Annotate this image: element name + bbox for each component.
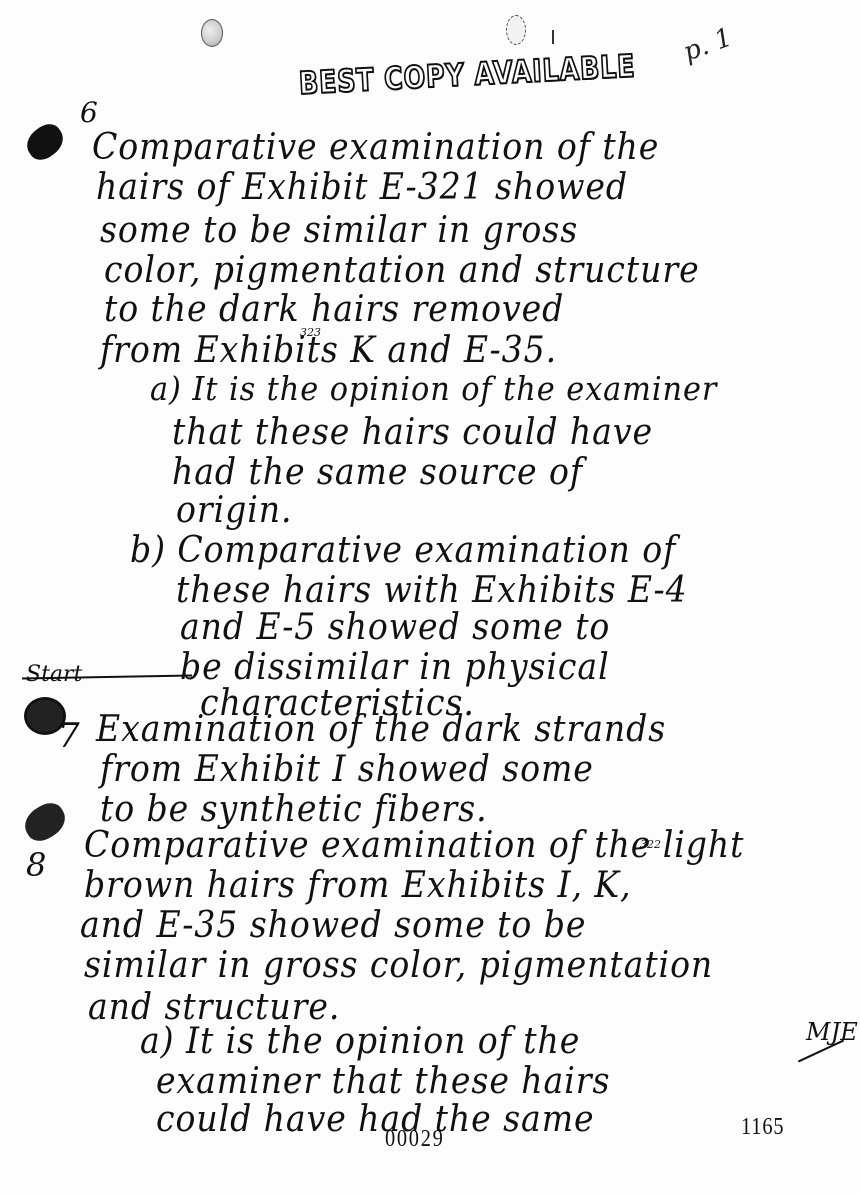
- handwritten-line: examiner that these hairs: [156, 1064, 610, 1100]
- hole-punch-left: [201, 19, 223, 47]
- item-number-7: 7: [58, 716, 80, 756]
- handwritten-line: had the same source of: [172, 455, 583, 491]
- struck-annotation: Start: [26, 662, 82, 687]
- handwritten-line: a) It is the opinion of the: [140, 1024, 580, 1060]
- handwritten-line: and E-5 showed some to: [180, 610, 610, 646]
- handwritten-line: could have had the same: [156, 1102, 595, 1138]
- handwritten-line: similar in gross color, pigmentation: [84, 948, 713, 984]
- handwritten-line: be dissimilar in physical: [180, 650, 610, 686]
- corner-annotation: p. 1: [679, 22, 736, 67]
- examiner-initials: MJE: [806, 1018, 858, 1046]
- superscript-exhibit: 322: [640, 838, 661, 851]
- stray-mark: [552, 30, 554, 44]
- handwritten-line: and E-35 showed some to be: [80, 908, 586, 944]
- hole-punch-right: [506, 15, 526, 45]
- handwritten-line: a) It is the opinion of the examiner: [150, 372, 717, 405]
- handwritten-line: to the dark hairs removed: [104, 292, 564, 328]
- handwritten-line: Examination of the dark strands: [96, 712, 666, 748]
- handwritten-line: from Exhibit I showed some: [100, 752, 594, 788]
- handwritten-line: to be synthetic fibers.: [100, 792, 488, 828]
- best-copy-stamp: BEST COPY AVAILABLE: [298, 48, 636, 102]
- handwritten-line: from Exhibits K and E-35.: [100, 333, 557, 369]
- handwritten-line: origin.: [176, 493, 292, 529]
- item-number-8: 8: [26, 846, 46, 884]
- margin-blot-icon: [21, 119, 69, 165]
- handwritten-line: color, pigmentation and structure: [104, 253, 700, 289]
- page-number: 1165: [741, 1114, 784, 1141]
- bates-number: 00029: [385, 1126, 445, 1153]
- handwritten-line: these hairs with Exhibits E-4: [176, 573, 688, 609]
- scanned-document-page: p. 1 BEST COPY AVAILABLE 6 Start 7 8 Com…: [0, 0, 860, 1194]
- handwritten-line: brown hairs from Exhibits I, K,: [84, 868, 632, 904]
- handwritten-line: some to be similar in gross: [100, 213, 578, 249]
- item-number-6: 6: [80, 96, 98, 129]
- handwritten-line: b) Comparative examination of: [130, 533, 676, 569]
- margin-blot-icon: [19, 798, 71, 847]
- handwritten-line: Comparative examination of the: [92, 130, 659, 166]
- handwritten-line: that these hairs could have: [172, 415, 653, 451]
- handwritten-line: hairs of Exhibit E-321 showed: [96, 170, 628, 206]
